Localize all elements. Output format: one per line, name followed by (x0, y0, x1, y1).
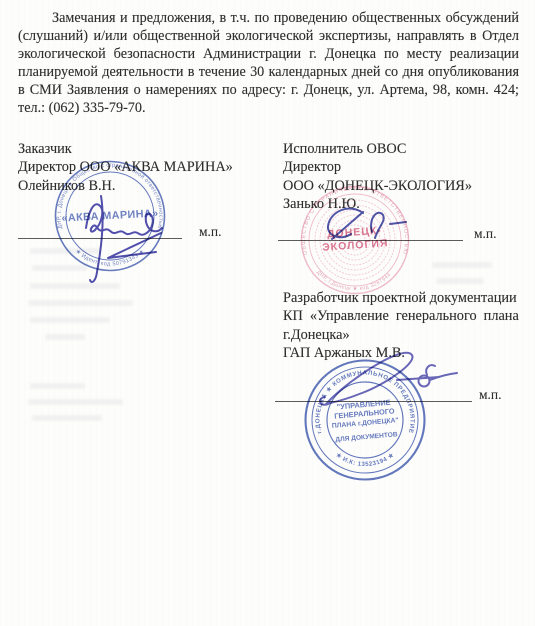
developer-line: КП «Управление генерального плана (283, 307, 535, 325)
scan-artifact (28, 300, 133, 306)
scan-artifact (32, 415, 102, 421)
stamp-ring-text: ★ И.К: 13523194 ★ (334, 451, 396, 468)
scan-artifact (432, 262, 492, 268)
scan-artifact (30, 383, 85, 389)
paragraph-line: экологической безопасности Администрации… (18, 45, 519, 63)
scan-artifact (30, 317, 110, 323)
seal-place-label: м.п. (479, 387, 502, 403)
executor-line: Директор (283, 158, 472, 176)
notice-paragraph: Замечания и предложения, в т.ч. по прове… (18, 9, 519, 118)
paragraph-line: планируемой деятельности в течение 30 ка… (18, 63, 519, 81)
seal-place-label: м.п. (199, 224, 222, 240)
paragraph-line: в СМИ Заявления о намерениях по адресу: … (18, 81, 519, 99)
developer-signature (300, 340, 460, 418)
executor-line: Исполнитель ОВОС (283, 140, 472, 158)
paragraph-line: (слушаний) и/или общественной экологичес… (18, 27, 519, 45)
customer-line: Заказчик (18, 140, 233, 158)
executor-signature (318, 198, 418, 250)
svg-text:★ И.К: 13523194 ★: ★ И.К: 13523194 ★ (334, 451, 396, 468)
stamp-center-text: ДЛЯ ДОКУМЕНТОВ (335, 431, 398, 443)
scan-artifact (45, 334, 85, 340)
seal-place-label: м.п. (474, 226, 497, 242)
paragraph-line: Замечания и предложения, в т.ч. по прове… (18, 9, 519, 27)
scan-artifact (28, 399, 123, 405)
scanned-document-page: Замечания и предложения, в т.ч. по прове… (0, 0, 535, 626)
customer-signature (80, 188, 180, 296)
paragraph-line: тел.: (062) 335-79-70. (18, 99, 519, 117)
scan-artifact (436, 278, 484, 284)
